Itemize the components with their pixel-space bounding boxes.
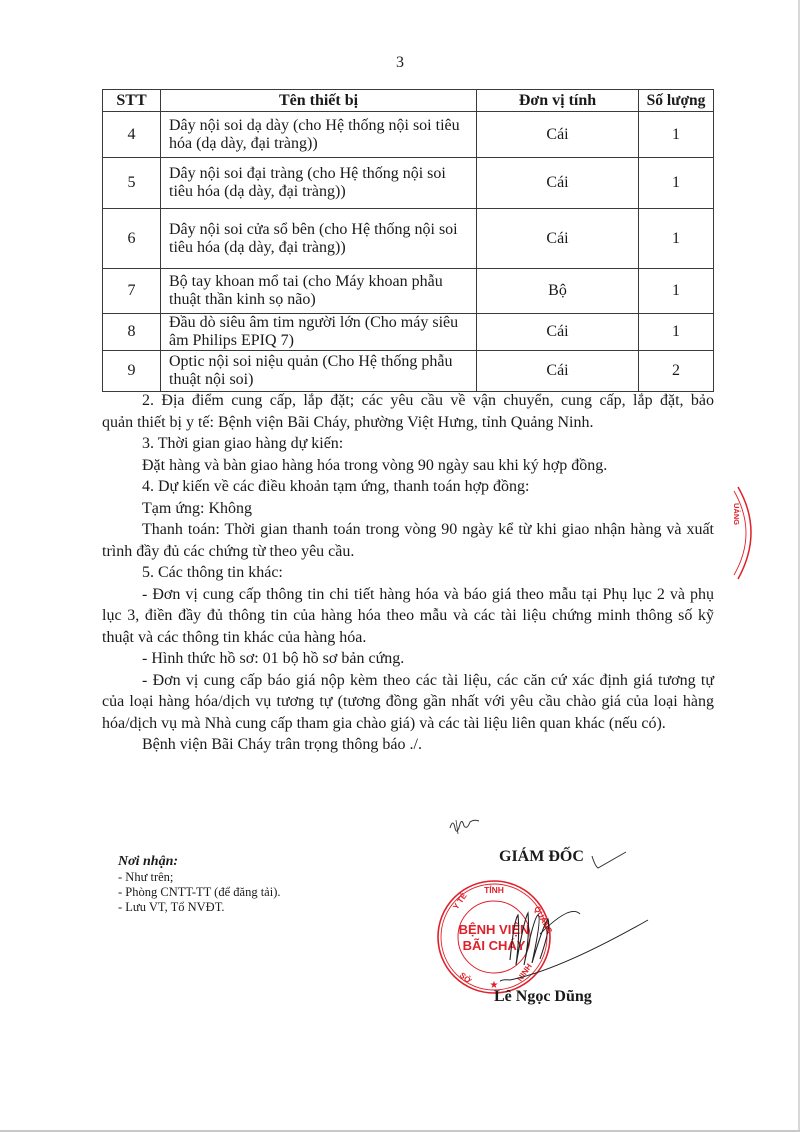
row-unit: Cái [477,351,639,392]
row-name: Dây nội soi dạ dày (cho Hệ thống nội soi… [161,112,477,158]
section-3-text: Đặt hàng và bàn giao hàng hóa trong vòng… [102,455,714,477]
row-qty: 1 [639,209,714,269]
equipment-table: STT Tên thiết bị Đơn vị tính Số lượng 4 … [102,89,714,392]
signature-icon [500,890,650,1000]
row-unit: Cái [477,314,639,351]
header-qty: Số lượng [639,90,714,112]
stamp-ring-left: Y TẾ [450,890,469,911]
header-unit: Đơn vị tính [477,90,639,112]
section-4-payment: Thanh toán: Thời gian thanh toán trong v… [102,519,714,562]
section-3-title: 3. Thời gian giao hàng dự kiến: [102,433,714,455]
table-row: 6 Dây nội soi cửa sổ bên (cho Hệ thống n… [103,209,714,269]
recipients-title: Nơi nhận: [118,853,280,870]
initial-tick-icon [590,850,630,872]
director-title: GIÁM ĐỐC [499,848,584,866]
section-5-title: 5. Các thông tin khác: [102,562,714,584]
row-name: Dây nội soi đại tràng (cho Hệ thống nội … [161,158,477,209]
table-row: 4 Dây nội soi dạ dày (cho Hệ thống nội s… [103,112,714,158]
row-unit: Cái [477,158,639,209]
row-stt: 5 [103,158,161,209]
recipient-item: - Lưu VT, Tổ NVĐT. [118,900,280,915]
side-stamp-text: UẢNG [732,503,741,525]
row-stt: 7 [103,269,161,314]
row-stt: 4 [103,112,161,158]
row-stt: 6 [103,209,161,269]
row-stt: 8 [103,314,161,351]
recipients-block: Nơi nhận: - Như trên; - Phòng CNTT-TT (đ… [118,853,280,915]
recipient-item: - Như trên; [118,870,280,885]
row-unit: Bộ [477,269,639,314]
row-name: Dây nội soi cửa sổ bên (cho Hệ thống nội… [161,209,477,269]
section-2-line-2: quản thiết bị y tế: Bệnh viện Bãi Cháy, … [102,412,714,434]
row-qty: 1 [639,314,714,351]
section-5-item-1: - Đơn vị cung cấp thông tin chi tiết hàn… [102,584,714,649]
row-stt: 9 [103,351,161,392]
row-qty: 1 [639,269,714,314]
row-name: Optic nội soi niệu quản (Cho Hệ thống ph… [161,351,477,392]
row-name: Đầu dò siêu âm tim người lớn (Cho máy si… [161,314,477,351]
row-unit: Cái [477,209,639,269]
section-5-item-3: - Đơn vị cung cấp báo giá nộp kèm theo c… [102,670,714,735]
section-4-title: 4. Dự kiến về các điều khoản tạm ứng, th… [102,476,714,498]
document-body: 2. Địa điểm cung cấp, lắp đặt; các yêu c… [102,390,714,756]
closing-line: Bệnh viện Bãi Cháy trân trọng thông báo … [102,734,714,756]
row-qty: 1 [639,158,714,209]
table-row: 5 Dây nội soi đại tràng (cho Hệ thống nộ… [103,158,714,209]
section-2-line-1: 2. Địa điểm cung cấp, lắp đặt; các yêu c… [102,390,714,412]
row-qty: 2 [639,351,714,392]
initial-mark-icon [446,814,482,836]
page-number: 3 [0,54,800,72]
table-header-row: STT Tên thiết bị Đơn vị tính Số lượng [103,90,714,112]
section-4-advance: Tạm ứng: Không [102,498,714,520]
table-row: 7 Bộ tay khoan mổ tai (cho Máy khoan phẫ… [103,269,714,314]
row-unit: Cái [477,112,639,158]
recipient-item: - Phòng CNTT-TT (để đăng tải). [118,885,280,900]
header-name: Tên thiết bị [161,90,477,112]
section-5-item-2: - Hình thức hồ sơ: 01 bộ hồ sơ bản cứng. [102,648,714,670]
table-row: 9 Optic nội soi niệu quản (Cho Hệ thống … [103,351,714,392]
side-stamp-fragment: UẢNG [730,485,760,580]
row-name: Bộ tay khoan mổ tai (cho Máy khoan phẫu … [161,269,477,314]
table-row: 8 Đầu dò siêu âm tim người lớn (Cho máy … [103,314,714,351]
header-stt: STT [103,90,161,112]
director-name: Lê Ngọc Dũng [494,988,592,1006]
stamp-ring-bottom-left: SỞ [458,971,473,986]
row-qty: 1 [639,112,714,158]
